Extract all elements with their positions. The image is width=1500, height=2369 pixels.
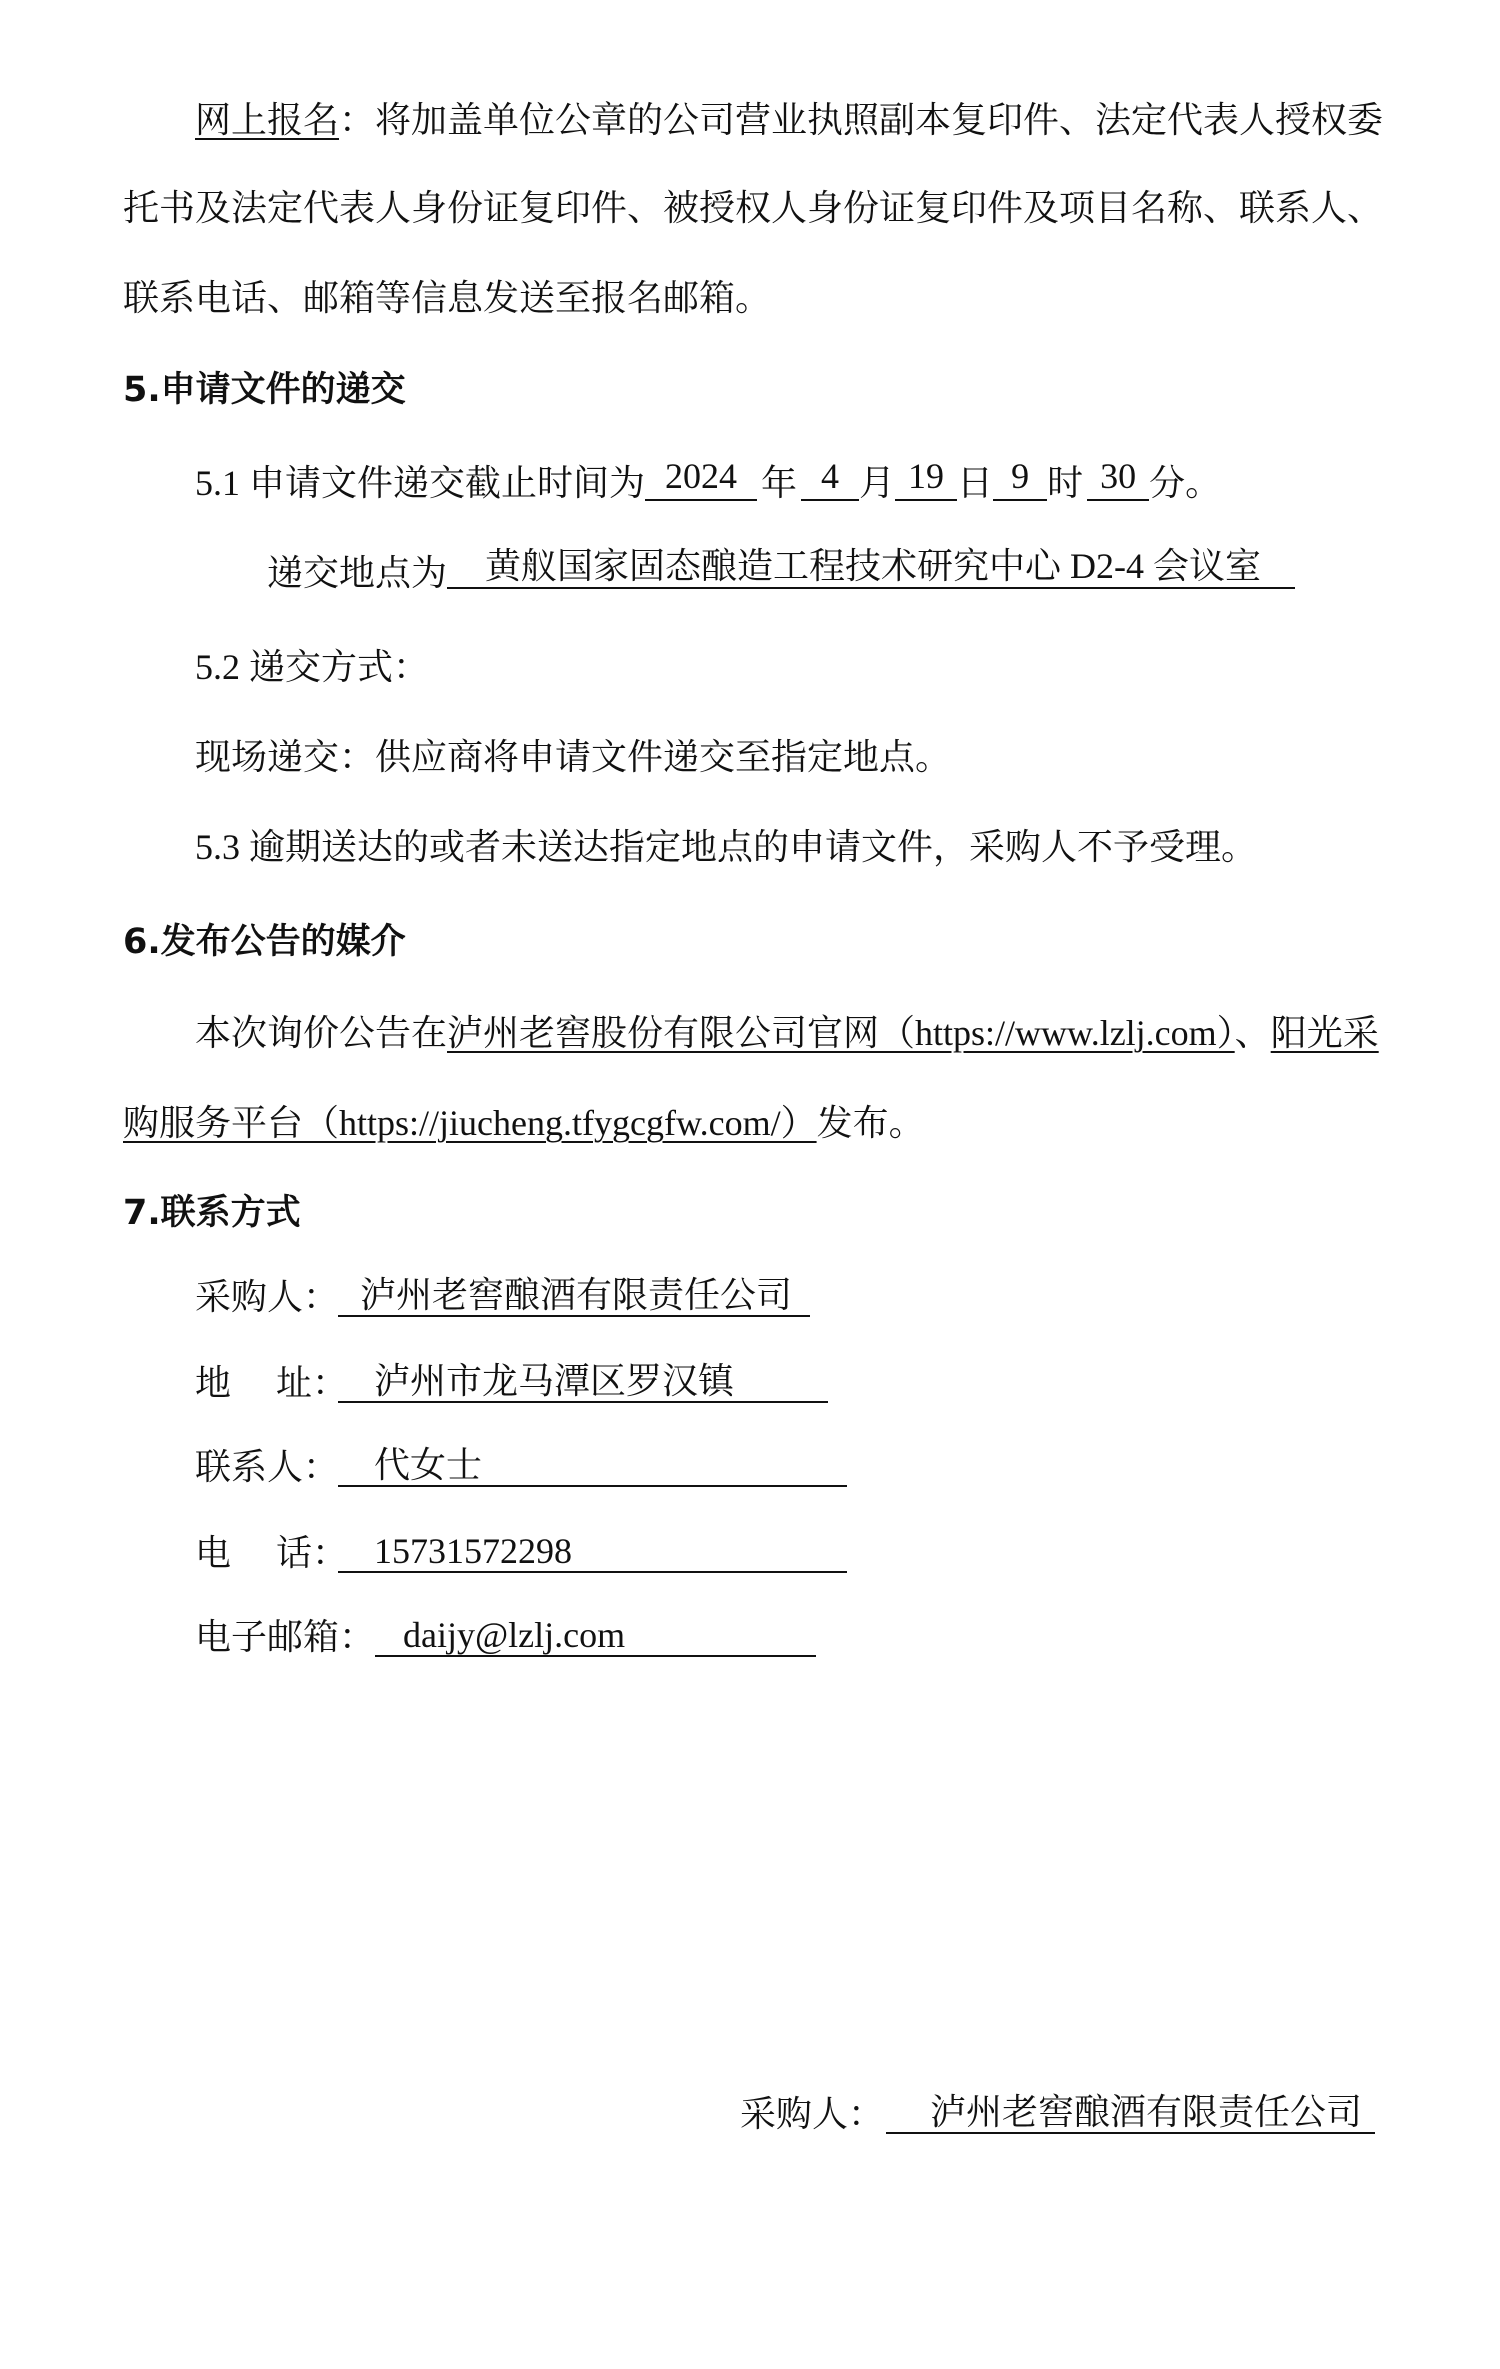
deadline-minute: 30 xyxy=(1087,453,1149,501)
signature-label: 采购人： xyxy=(740,2084,886,2144)
deadline-day: 19 xyxy=(895,453,957,501)
purchaser-value: 泸州老窖酿酒有限责任公司 xyxy=(338,1267,810,1317)
deadline-line: 5.1 申请文件递交截止时间为2024年4月19日9时30分。 xyxy=(195,453,1455,513)
contact-person-value: 代女士 xyxy=(338,1437,847,1487)
location-line: 递交地点为黄舣国家固态酿造工程技术研究中心 D2-4 会议室 xyxy=(267,543,1500,603)
contact-address-row: 地 址： 泸州市龙马潭区罗汉镇 xyxy=(195,1353,828,1413)
email-label: 电子邮箱： xyxy=(195,1607,375,1667)
registration-line-2: 托书及法定代表人身份证复印件、被授权人身份证复印件及项目名称、联系人、 xyxy=(123,178,1383,238)
signature-block: 采购人：泸州老窖酿酒有限责任公司 xyxy=(740,2084,1375,2144)
signature-value: 泸州老窖酿酒有限责任公司 xyxy=(886,2084,1375,2134)
media-sunshine-platform-link-part2[interactable]: 购服务平台（https://jiucheng.tfygcgfw.com/） xyxy=(123,1103,817,1143)
contact-person-row: 联系人： 代女士 xyxy=(195,1437,847,1497)
registration-text: 将加盖单位公章的公司营业执照副本复印件、法定代表人授权委 xyxy=(375,100,1383,140)
email-value[interactable]: daijy@lzlj.com xyxy=(375,1607,816,1657)
late-submission-line: 5.3 逾期送达的或者未送达指定地点的申请文件，采购人不予受理。 xyxy=(195,817,1455,877)
contact-phone-row: 电 话： 15731572298 xyxy=(195,1523,847,1583)
registration-line-3: 联系电话、邮箱等信息发送至报名邮箱。 xyxy=(123,268,1383,328)
delivery-method-line: 5.2 递交方式： xyxy=(195,637,1455,697)
section-6-heading: 6.发布公告的媒介 xyxy=(123,912,1383,972)
contact-purchaser-row: 采购人：泸州老窖酿酒有限责任公司 xyxy=(195,1267,810,1327)
address-value: 泸州市龙马潭区罗汉镇 xyxy=(338,1353,828,1403)
document-page: 网上报名：将加盖单位公章的公司营业执照副本复印件、法定代表人授权委 托书及法定代… xyxy=(0,0,1500,2369)
address-label: 地 址： xyxy=(195,1353,338,1413)
section-7-heading: 7.联系方式 xyxy=(123,1183,1383,1243)
media-sunshine-platform-link-part1[interactable]: 阳光采 xyxy=(1271,1013,1379,1053)
deadline-hour: 9 xyxy=(993,453,1047,501)
deadline-month: 4 xyxy=(801,453,859,501)
deadline-year: 2024 xyxy=(645,453,757,501)
section-5-heading: 5.申请文件的递交 xyxy=(123,360,1383,420)
onsite-delivery-line: 现场递交：供应商将申请文件递交至指定地点。 xyxy=(195,727,1455,787)
purchaser-label: 采购人： xyxy=(195,1267,338,1327)
location-value: 黄舣国家固态酿造工程技术研究中心 D2-4 会议室 xyxy=(447,543,1295,589)
media-line-2: 购服务平台（https://jiucheng.tfygcgfw.com/）发布。 xyxy=(123,1093,1383,1153)
phone-label: 电 话： xyxy=(195,1523,338,1583)
contact-person-label: 联系人： xyxy=(195,1437,338,1497)
media-line-1: 本次询价公告在泸州老窖股份有限公司官网（https://www.lzlj.com… xyxy=(195,1003,1455,1063)
contact-email-row: 电子邮箱：daijy@lzlj.com xyxy=(195,1607,816,1667)
registration-line-1: 网上报名：将加盖单位公章的公司营业执照副本复印件、法定代表人授权委 xyxy=(195,90,1455,150)
media-lzlj-website-link[interactable]: 泸州老窖股份有限公司官网（https://www.lzlj.com） xyxy=(447,1013,1235,1053)
phone-value: 15731572298 xyxy=(338,1523,847,1573)
online-registration-label: 网上报名 xyxy=(195,100,339,140)
